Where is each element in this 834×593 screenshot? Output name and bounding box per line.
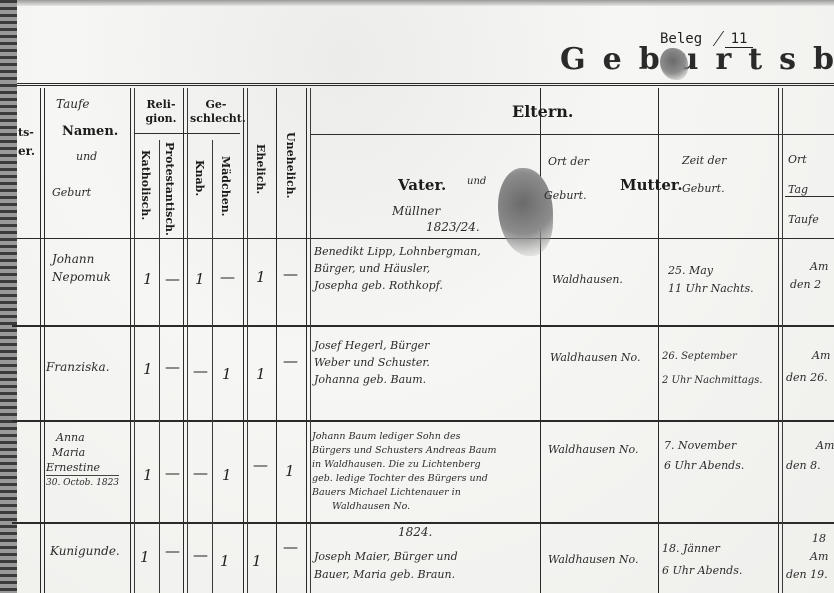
protestantisch-header: Protestantisch. [163, 142, 176, 236]
entry-3-birthtime: 7. November 6 Uhr Abends. [664, 436, 744, 476]
entry-1-ehelich: 1 [256, 268, 266, 286]
entry-1-knab: 1 [195, 270, 205, 288]
col-rule-margin-2 [44, 88, 45, 593]
book-binding-edge [0, 0, 17, 593]
entry-4-ehelich: 1 [252, 552, 262, 570]
entry-4-birthtime-line2: 6 Uhr Abends. [662, 560, 742, 582]
parents-header-rule [310, 134, 834, 135]
entry-1-baptism-line1: Am [810, 258, 828, 276]
entry-4-year-note: 1824. [398, 525, 432, 539]
col-rule-unehelich [306, 88, 307, 593]
entry-2-ehelich: 1 [256, 365, 266, 383]
col-rule-name [130, 88, 131, 593]
entry-2-katholisch: 1 [143, 360, 153, 378]
knab-header: Knab. [193, 160, 206, 196]
birthtime-header-line1: Zeit der [682, 147, 726, 175]
entry-3-parents: Johann Baum lediger Sohn des Bürgers und… [312, 430, 497, 514]
entry-3-ehelich: — [253, 456, 268, 474]
entry-3-baptism-line1: Am [816, 436, 834, 456]
entry-2-knab: — [193, 362, 208, 380]
page-top-edge [17, 0, 834, 6]
col-rule-religion-2 [187, 88, 188, 593]
entry-1-parents: Benedikt Lipp, Lohnbergman, Bürger, und … [314, 243, 481, 294]
entry-1-birthplace: Waldhausen. [552, 272, 623, 287]
entry-3-katholisch: 1 [143, 466, 153, 484]
entry-4-maedchen: 1 [220, 552, 230, 570]
page-title: Geburtsbu [560, 42, 834, 77]
col-rule-birthtime-2 [782, 88, 783, 593]
entry-4-baptism-line2: Am [810, 548, 828, 566]
row-rule-2 [12, 420, 834, 422]
entry-2-parents: Josef Hegerl, Bürger Weber und Schuster.… [314, 337, 430, 388]
entry-2-birthtime-line2: 2 Uhr Nachmittags. [662, 369, 763, 393]
entry-1-birthtime-line2: 11 Uhr Nachts. [668, 280, 754, 298]
baptism-header-line1: Ort [788, 145, 819, 175]
entry-3-birthtime-line1: 7. November [664, 436, 744, 456]
entry-3-name: Anna Maria Ernestine 30. Octob. 1823 [46, 430, 119, 491]
entry-1-birthtime-line1: 25. May [668, 262, 754, 280]
col-rule-kath [159, 140, 160, 593]
entry-3-name-line2: Maria [52, 445, 119, 460]
entry-4-baptism-line3: den 19. [786, 566, 828, 584]
entry-2-birthtime: 26. September 2 Uhr Nachmittags. [662, 345, 763, 393]
entry-1-unehelich: — [283, 265, 298, 283]
ink-stain-title [660, 48, 688, 80]
col-rule-ehelich [276, 88, 277, 593]
mother-label: Mutter. [620, 176, 683, 194]
sex-header-line1: Ge- [190, 98, 242, 112]
entry-1-parents-line1: Benedikt Lipp, Lohnbergman, [314, 243, 481, 260]
entry-4-name: Kunigunde. [50, 544, 120, 558]
entry-1-baptism-line2: den 2 [790, 276, 828, 294]
birthtime-header: Zeit der Geburt. [682, 147, 726, 203]
col-rule-birthtime [778, 88, 779, 593]
entry-4-birthtime-line1: 18. Jänner [662, 538, 742, 560]
col-rule-name-2 [134, 88, 135, 593]
entry-1-protestantisch: — [165, 270, 180, 288]
margin-header-fragment-2: er. [18, 144, 35, 158]
entry-1-baptism: Am den 2 [790, 258, 828, 294]
entry-2-maedchen: 1 [222, 365, 232, 383]
entry-3-baptism: Am den 8. [786, 436, 834, 476]
entry-3-parents-line6: Waldhausen No. [332, 500, 497, 514]
sex-header: Ge- schlecht. [190, 98, 242, 126]
entry-2-birthtime-line1: 26. September [662, 345, 763, 369]
father-note: Müllner [392, 204, 440, 218]
entry-4-baptism-line1: 18 [812, 530, 828, 548]
entry-4-birthplace: Waldhausen No. [548, 552, 638, 567]
row-rule-1 [12, 325, 834, 327]
entry-3-birthplace: Waldhausen No. [548, 442, 638, 457]
name-annotation-bottom: Geburt [52, 186, 91, 199]
sex-header-line2: schlecht. [190, 112, 242, 126]
entry-3-parents-line2: Bürgers und Schusters Andreas Baum [312, 444, 497, 458]
col-rule-margin [40, 88, 41, 593]
entry-2-baptism-line2: den 26. [786, 367, 830, 389]
unehelich-header: Unehelich. [284, 132, 297, 198]
col-rule-father [540, 88, 541, 593]
entry-2-baptism: Am den 26. [786, 345, 830, 389]
margin-header-fragment-1: ts- [18, 126, 34, 139]
birthplace-header-line1: Ort der [548, 145, 589, 179]
entry-1-parents-line2: Bürger, und Häusler, [314, 260, 481, 277]
col-rule-birthplace [658, 88, 659, 593]
baptism-header-underline [785, 196, 834, 197]
entry-1-name-line1: Johann [52, 250, 111, 268]
entry-3-baptism-line2: den 8. [786, 456, 834, 476]
col-rule-unehelich-2 [310, 88, 311, 593]
entry-3-parents-line3: in Waldhausen. Die zu Lichtenberg [312, 458, 497, 472]
baptism-header: Ort Tag Taufe [788, 145, 819, 235]
baptism-header-line2: Tag [788, 175, 819, 205]
entry-2-birthplace: Waldhausen No. [550, 350, 640, 365]
entry-3-unehelich: 1 [285, 462, 295, 480]
entry-4-protestantisch: — [165, 542, 180, 560]
birthtime-header-line2: Geburt. [682, 175, 726, 203]
entry-2-parents-line2: Weber und Schuster. [314, 354, 430, 371]
name-annotation-top: Taufe [56, 97, 90, 111]
name-annotation-mid: und [76, 150, 97, 163]
entry-4-birthtime: 18. Jänner 6 Uhr Abends. [662, 538, 742, 582]
entry-3-parents-line1: Johann Baum lediger Sohn des [312, 430, 497, 444]
entry-1-katholisch: 1 [143, 270, 153, 288]
father-label: Vater. [398, 176, 446, 194]
entry-3-parents-line5: Bauers Michael Lichtenauer in [312, 486, 497, 500]
birthplace-header-line2: Geburt. [544, 179, 589, 213]
ehelich-header: Ehelich. [254, 144, 267, 194]
entry-3-name-line1: Anna [56, 430, 119, 445]
entry-2-parents-line1: Josef Hegerl, Bürger [314, 337, 430, 354]
col-rule-religion [183, 88, 184, 593]
entry-3-parents-line4: geb. ledige Tochter des Bürgers und [312, 472, 497, 486]
entry-3-name-line3: Ernestine [46, 460, 119, 476]
religion-header: Reli- gion. [142, 98, 180, 126]
entry-2-protestantisch: — [165, 358, 180, 376]
col-rule-sex-2 [247, 88, 248, 593]
entry-2-parents-line3: Johanna geb. Baum. [314, 371, 430, 388]
entry-4-katholisch: 1 [140, 548, 150, 566]
entry-4-parents-line2: Bauer, Maria geb. Braun. [314, 566, 458, 584]
entry-1-name: Johann Nepomuk [52, 250, 111, 286]
birthplace-header: Ort der Geburt. [548, 145, 589, 213]
entry-2-unehelich: — [283, 352, 298, 370]
name-column-header: Namen. [62, 124, 118, 139]
maedchen-header: Mädchen. [219, 156, 232, 217]
entry-3-protestantisch: — [165, 464, 180, 482]
entry-2-name: Franziska. [46, 360, 110, 374]
entry-1-maedchen: — [220, 268, 235, 286]
entry-2-baptism-line1: Am [812, 345, 830, 367]
entry-4-parents: Joseph Maier, Bürger und Bauer, Maria ge… [314, 548, 458, 584]
religion-header-line1: Reli- [142, 98, 180, 112]
entry-3-knab: — [193, 464, 208, 482]
table-top-rule [17, 83, 834, 86]
religion-header-line2: gion. [142, 112, 180, 126]
and-label: und [467, 176, 486, 187]
entry-1-name-line2: Nepomuk [52, 268, 111, 286]
entry-1-parents-line3: Josepha geb. Rothkopf. [314, 277, 481, 294]
entry-4-knab: — [193, 546, 208, 564]
entry-1-birthtime: 25. May 11 Uhr Nachts. [668, 262, 754, 298]
baptism-header-line3: Taufe [788, 205, 819, 235]
col-rule-sex [243, 88, 244, 593]
col-rule-knab [212, 140, 213, 593]
entry-3-birthtime-line2: 6 Uhr Abends. [664, 456, 744, 476]
entry-3-maedchen: 1 [222, 466, 232, 484]
register-year-note: 1823/24. [426, 220, 480, 234]
entry-4-parents-line1: Joseph Maier, Bürger und [314, 548, 458, 566]
entry-3-name-line4: 30. Octob. 1823 [46, 476, 119, 491]
entry-4-unehelich: — [283, 538, 298, 556]
katholisch-header: Katholisch. [139, 150, 152, 220]
parents-header: Eltern. [512, 102, 573, 121]
row-rule-3 [12, 522, 834, 524]
entry-4-baptism: 18 Am den 19. [786, 530, 828, 584]
header-bottom-rule [17, 238, 834, 239]
